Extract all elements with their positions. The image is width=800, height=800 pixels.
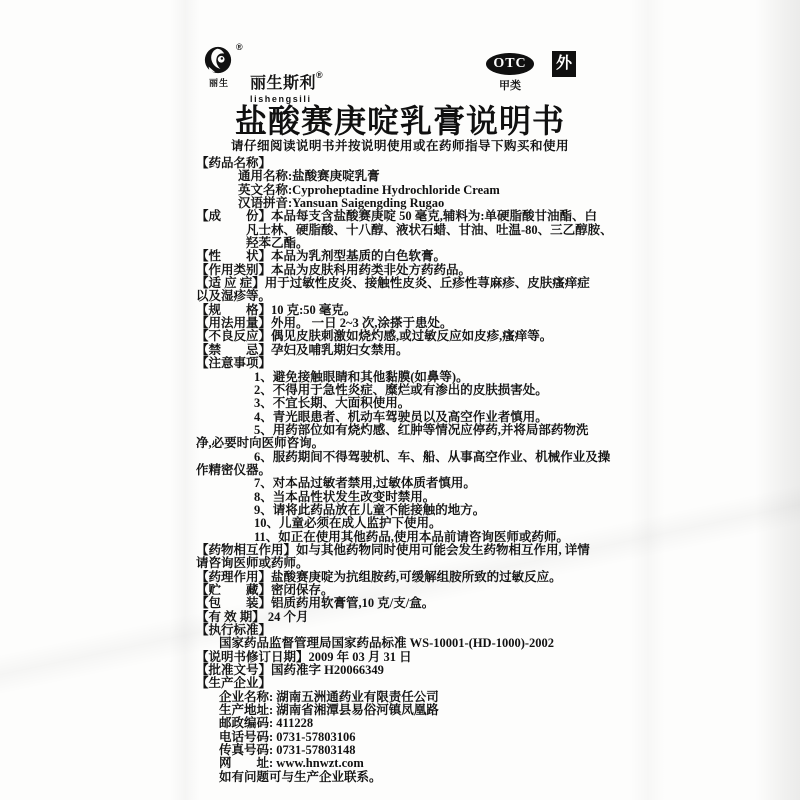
logo-caption: 丽生: [203, 76, 235, 89]
logo-registered-mark: ®: [236, 42, 243, 52]
otc-badge: OTC: [486, 53, 534, 75]
leaflet-body: 【药品名称】通用名称:盐酸赛庚啶乳膏英文名称:Cyproheptadine Hy…: [196, 157, 616, 784]
insert-line: 国家药品监督管理局国家药品标准 WS-10001-(HD-1000)-2002: [196, 637, 616, 650]
brand-name: 丽生斯利: [250, 75, 316, 92]
insert-line: 3、不宜长期、大面积使用。: [196, 397, 616, 410]
insert-line: 【注意事项】: [196, 357, 616, 370]
insert-line: 6、服药期间不得驾驶机、车、船、从事高空作业、机械作业及操: [196, 451, 616, 464]
insert-line: 4、青光眼患者、机动车驾驶员以及高空作业者慎用。: [196, 411, 616, 424]
insert-line: 【性 状】本品为乳剂型基质的白色软膏。: [196, 250, 616, 263]
insert-line: 【药理作用】盐酸赛庚啶为抗组胺药,可缓解组胺所致的过敏反应。: [196, 571, 616, 584]
insert-line: 【成 份】本品每支含盐酸赛庚啶 50 毫克,辅料为:单硬脂酸甘油酯、白: [196, 210, 616, 223]
page-subtitle: 请仔细阅读说明书并按说明使用或在药师指导下购买和使用: [0, 136, 800, 154]
drug-leaflet-scan: { "header": { "logo": { "registered": "®…: [0, 0, 800, 800]
insert-line: 邮政编码: 411228: [196, 717, 616, 730]
insert-line: 【生产企业】: [196, 677, 616, 690]
insert-line: 网 址: www.hnwzt.com: [196, 757, 616, 770]
insert-line: 通用名称:盐酸赛庚啶乳膏: [196, 170, 616, 183]
company-logo: ® 丽生: [203, 45, 247, 75]
insert-line: 净,必要时向医师咨询。: [196, 437, 616, 450]
external-use-badge: 外: [552, 51, 576, 77]
insert-line: 【包 装】铝质药用软膏管,10 克/支/盒。: [196, 597, 616, 610]
lisheng-logo-icon: [203, 45, 233, 75]
insert-line: 1、避免接触眼睛和其他黏膜(如鼻等)。: [196, 371, 616, 384]
insert-line: 11、如正在使用其他药品,使用本品前请咨询医师或药师。: [196, 531, 616, 544]
insert-line: 如有问题可与生产企业联系。: [196, 771, 616, 784]
insert-line: 【不良反应】偶见皮肤刺激如烧灼感,或过敏反应如皮疹,瘙痒等。: [196, 330, 616, 343]
insert-line: 10、儿童必须在成人监护下使用。: [196, 517, 616, 530]
insert-line: 以及湿疹等。: [196, 290, 616, 303]
brand-registered-mark: ®: [316, 70, 323, 80]
otc-badge-group: OTC 甲类: [486, 53, 534, 93]
insert-line: 7、对本品过敏者禁用,过敏体质者慎用。: [196, 477, 616, 490]
otc-class-label: 甲类: [486, 77, 534, 93]
insert-line: 请咨询医师或药师。: [196, 557, 616, 570]
insert-line: 8、当本品性状发生改变时禁用。: [196, 491, 616, 504]
